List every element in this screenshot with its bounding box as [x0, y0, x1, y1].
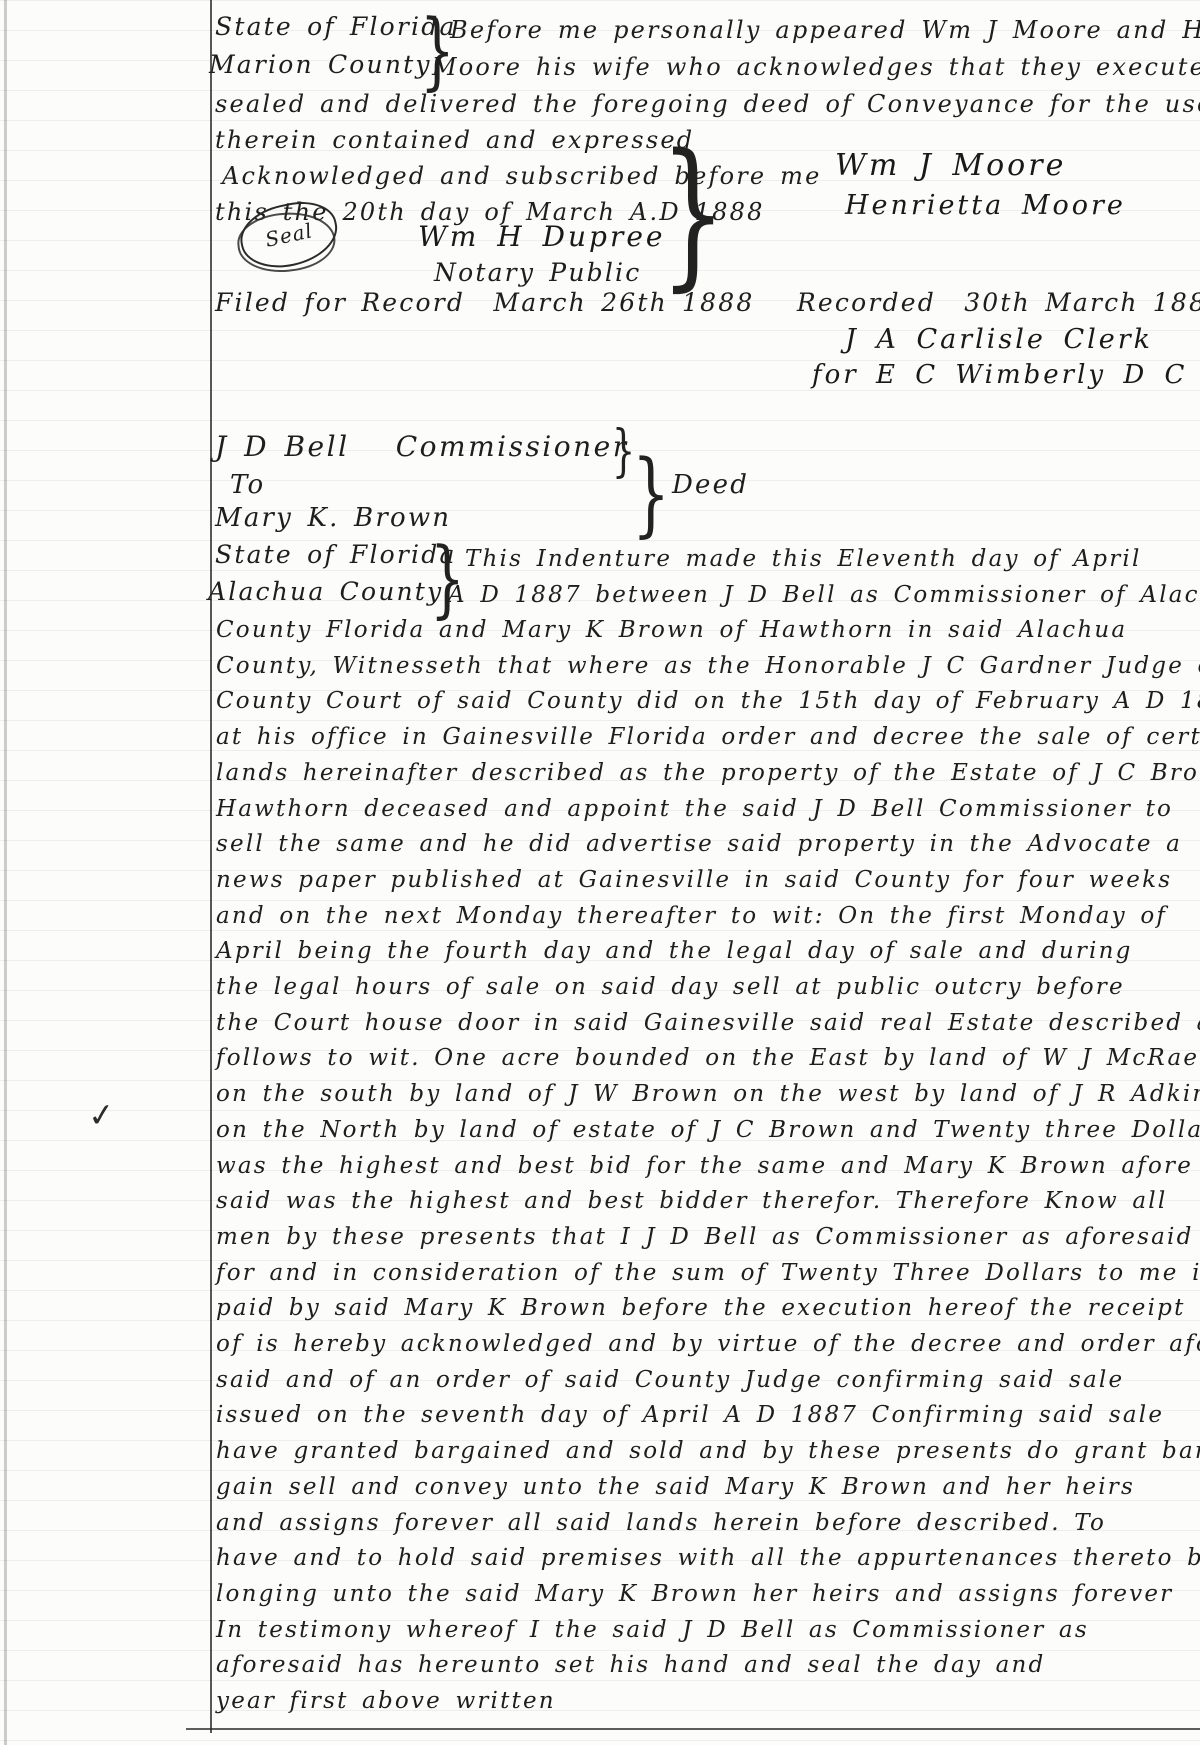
margin-rule — [210, 0, 212, 1733]
deed-venue-state: State of Florida — [215, 540, 457, 569]
caption-grantee: Mary K. Brown — [215, 503, 451, 533]
ack-venue-county: Marion County — [209, 50, 432, 79]
notary-title: Notary Public — [434, 258, 641, 287]
deed-line: aforesaid has hereunto set his hand and … — [216, 1648, 1200, 1684]
filing-record-line: Filed for Record March 26th 1888 Recorde… — [215, 288, 1200, 317]
deed-line: have granted bargained and sold and by t… — [216, 1434, 1200, 1470]
deed-venue-county: Alachua County — [208, 577, 443, 606]
ack-line: Before me personally appeared Wm J Moore… — [450, 16, 1200, 44]
bottom-rule — [186, 1728, 1200, 1730]
notary-signature: Wm H Dupree — [418, 220, 665, 253]
deed-line: said and of an order of said County Judg… — [216, 1363, 1200, 1399]
deed-line: April being the fourth day and the legal… — [216, 934, 1200, 970]
deed-line: lands hereinafter described as the prope… — [216, 756, 1200, 792]
deed-line: for and in consideration of the sum of T… — [216, 1256, 1200, 1292]
deed-line: County, Witnesseth that where as the Hon… — [216, 649, 1200, 685]
deed-line: sell the same and he did advertise said … — [216, 827, 1200, 863]
deed-line: on the south by land of J W Brown on the… — [216, 1077, 1200, 1113]
deed-line: the Court house door in said Gainesville… — [216, 1006, 1200, 1042]
deed-line: In testimony whereof I the said J D Bell… — [216, 1613, 1200, 1649]
deed-line: of is hereby acknowledged and by virtue … — [216, 1327, 1200, 1363]
deed-line: issued on the seventh day of April A D 1… — [216, 1398, 1200, 1434]
ack-line: sealed and delivered the foregoing deed … — [215, 90, 1200, 118]
caption-to: To — [230, 470, 265, 500]
deed-line: paid by said Mary K Brown before the exe… — [216, 1291, 1200, 1327]
scanned-deed-page: State of Florida Marion County } Before … — [0, 0, 1200, 1745]
deed-line: gain sell and convey unto the said Mary … — [216, 1470, 1200, 1506]
caption-grantor: J D Bell Commissioner — [215, 430, 629, 463]
deed-line: longing unto the said Mary K Brown her h… — [216, 1577, 1200, 1613]
grantor-signature: Henrietta Moore — [845, 190, 1126, 221]
margin-checkmark: ✓ — [86, 1095, 117, 1136]
deed-line: and assigns forever all said lands herei… — [216, 1506, 1200, 1542]
deed-line: follows to wit. One acre bounded on the … — [216, 1041, 1200, 1077]
ack-line: Moore his wife who acknowledges that the… — [432, 53, 1200, 81]
grantor-signature: Wm J Moore — [835, 148, 1066, 183]
deed-line: County Court of said County did on the 1… — [216, 684, 1200, 720]
deed-line: year first above written — [216, 1684, 1200, 1720]
caption-brace-main: } — [632, 448, 670, 540]
ack-subscription-brace: } — [660, 138, 726, 288]
ack-subscription-line: Acknowledged and subscribed before me — [222, 162, 822, 190]
deed-line: This Indenture made this Eleventh day of… — [465, 546, 1142, 572]
deed-line: on the North by land of estate of J C Br… — [216, 1113, 1200, 1149]
ack-line: therein contained and expressed — [215, 126, 694, 154]
deed-line: men by these presents that I J D Bell as… — [216, 1220, 1200, 1256]
deed-line: and on the next Monday thereafter to wit… — [216, 899, 1200, 935]
deed-line: said was the highest and best bidder the… — [216, 1184, 1200, 1220]
deed-line: was the highest and best bid for the sam… — [216, 1149, 1200, 1185]
deed-line: at his office in Gainesville Florida ord… — [216, 720, 1200, 756]
seal-label: Seal — [263, 218, 315, 251]
deed-line: County Florida and Mary K Brown of Hawth… — [216, 613, 1200, 649]
deed-line: news paper published at Gainesville in s… — [216, 863, 1200, 899]
deed-line: Hawthorn deceased and appoint the said J… — [216, 792, 1200, 828]
deed-line: A D 1887 between J D Bell as Commissione… — [448, 582, 1200, 608]
deputy-clerk-signature: for E C Wimberly D C — [812, 360, 1187, 390]
clerk-signature: J A Carlisle Clerk — [845, 324, 1153, 355]
page-left-edge — [4, 0, 7, 1745]
caption-instrument: Deed — [672, 470, 749, 500]
deed-line: have and to hold said premises with all … — [216, 1541, 1200, 1577]
deed-body: County Florida and Mary K Brown of Hawth… — [216, 613, 1200, 1720]
deed-line: the legal hours of sale on said day sell… — [216, 970, 1200, 1006]
